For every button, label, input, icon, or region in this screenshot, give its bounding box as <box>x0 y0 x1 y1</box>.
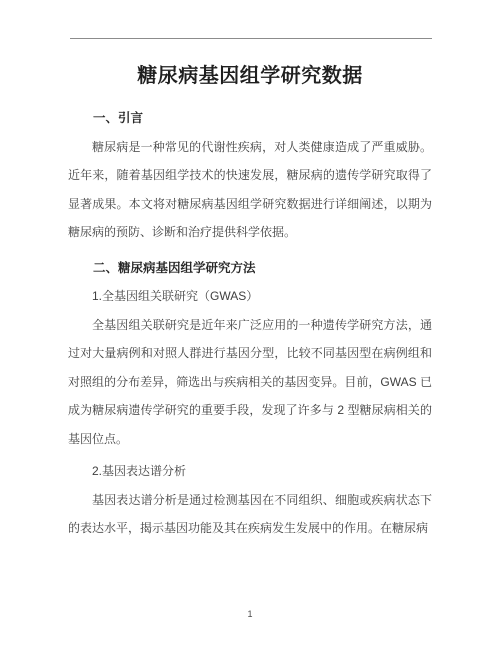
subsection-heading-gwas: 1.全基因组关联研究（GWAS） <box>68 282 432 311</box>
gwas-paragraph: 全基因组关联研究是近年来广泛应用的一种遗传学研究方法，通过对大量病例和对照人群进… <box>68 311 432 454</box>
header-rule <box>70 38 432 39</box>
document-body: 一、引言 糖尿病是一种常见的代谢性疾病，对人类健康造成了严重威胁。近年来，随着基… <box>68 104 432 543</box>
expression-paragraph: 基因表达谱分析是通过检测基因在不同组织、细胞或疾病状态下的表达水平，揭示基因功能… <box>68 486 432 543</box>
section-heading-intro: 一、引言 <box>68 104 432 133</box>
page-number: 1 <box>0 609 500 619</box>
subsection-heading-expression: 2.基因表达谱分析 <box>68 457 432 486</box>
section-heading-methods: 二、糖尿病基因组学研究方法 <box>68 254 432 283</box>
document-title: 糖尿病基因组学研究数据 <box>68 61 432 91</box>
intro-paragraph: 糖尿病是一种常见的代谢性疾病，对人类健康造成了严重威胁。近年来，随着基因组学技术… <box>68 133 432 247</box>
document-page: 糖尿病基因组学研究数据 一、引言 糖尿病是一种常见的代谢性疾病，对人类健康造成了… <box>0 0 500 647</box>
